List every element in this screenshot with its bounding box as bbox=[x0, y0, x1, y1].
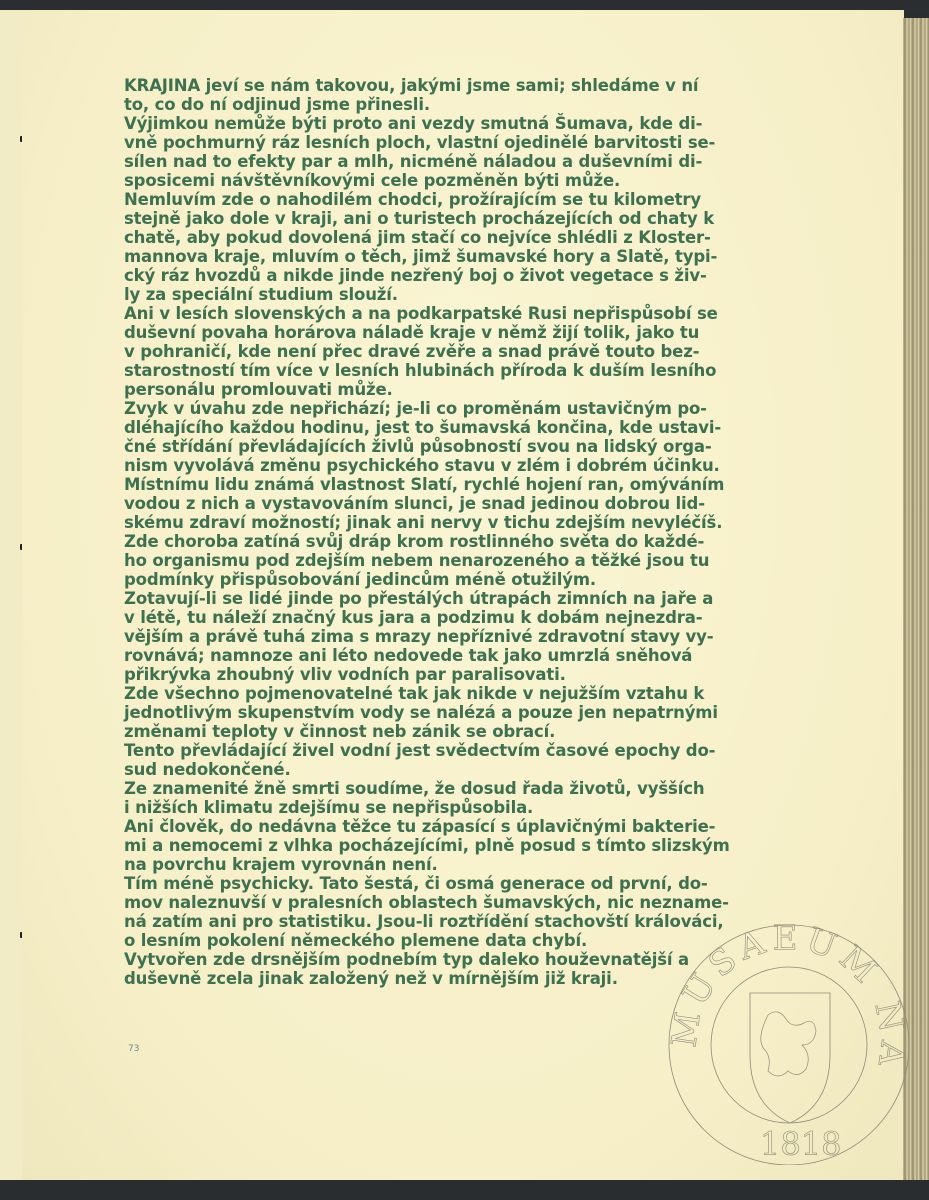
text-line: podmínky přispůsobování jedincům méně ot… bbox=[124, 570, 792, 589]
text-line: dléhajícího každou hodinu, jest to šumav… bbox=[124, 418, 792, 437]
text-line: čné střídání převládajících živlů působn… bbox=[124, 437, 792, 456]
text-line: Ani v lesích slovenských a na podkarpats… bbox=[124, 304, 792, 323]
text-line: na povrchu krajem vyrovnán není. bbox=[124, 855, 792, 874]
text-line: Zde všechno pojmenovatelné tak jak nikde… bbox=[124, 684, 792, 703]
text-line: i nižších klimatu zdejšímu se nepřispůso… bbox=[124, 798, 792, 817]
text-line: Zvyk v úvahu zde nepřichází; je-li co pr… bbox=[124, 399, 792, 418]
text-line: Ze znamenité žně smrti soudíme, že dosud… bbox=[124, 779, 792, 798]
svg-text:1818: 1818 bbox=[760, 1125, 841, 1163]
lion-shield-icon: MUSAEUM NATIONALE 1818 bbox=[658, 905, 918, 1165]
text-line: přikrývka zhoubný vliv vodních par paral… bbox=[124, 665, 792, 684]
text-line: vodou z nich a vystavováním slunci, je s… bbox=[124, 494, 792, 513]
text-line: ho organismu pod zdejším nebem nenarozen… bbox=[124, 551, 792, 570]
text-line: cký ráz hvozdů a nikde jinde nezřený boj… bbox=[124, 266, 792, 285]
text-line: sud nedokončené. bbox=[124, 760, 792, 779]
text-line: Zotavují-li se lidé jinde po přestálých … bbox=[124, 589, 792, 608]
text-line: vějším a právě tuhá zima s mrazy nepřízn… bbox=[124, 627, 792, 646]
text-line: duševní povaha horárova náladě kraje v n… bbox=[124, 323, 792, 342]
text-line: Místnímu lidu známá vlastnost Slatí, ryc… bbox=[124, 475, 792, 494]
text-line: v létě, tu náleží značný kus jara a podz… bbox=[124, 608, 792, 627]
text-line: Nemluvím zde o nahodilém chodci, prožíra… bbox=[124, 190, 792, 209]
text-line: to, co do ní odjinud jsme přinesli. bbox=[124, 95, 792, 114]
text-line: stejně jako dole v kraji, ani o turistec… bbox=[124, 209, 792, 228]
text-line: starostností tím více v lesních hlubinác… bbox=[124, 361, 792, 380]
text-line: Tento převládající živel vodní jest svěd… bbox=[124, 741, 792, 760]
page-number: 73 bbox=[128, 1044, 139, 1054]
text-line: personálu promlouvati může. bbox=[124, 380, 792, 399]
text-line: změnami teploty v činnost neb zánik se o… bbox=[124, 722, 792, 741]
body-text: KRAJINA jeví se nám takovou, jakými jsme… bbox=[124, 76, 792, 988]
text-line: KRAJINA jeví se nám takovou, jakými jsme… bbox=[124, 76, 792, 95]
text-line: skému zdraví možností; jinak ani nervy v… bbox=[124, 513, 792, 532]
text-line: vně pochmurný ráz lesních ploch, vlastní… bbox=[124, 133, 792, 152]
text-line: v pohraničí, kde není přec dravé zvěře a… bbox=[124, 342, 792, 361]
museum-stamp: MUSAEUM NATIONALE 1818 bbox=[658, 905, 918, 1165]
text-line: Tím méně psychicky. Tato šestá, či osmá … bbox=[124, 874, 792, 893]
text-line: chatě, aby pokud dovolená jim stačí co n… bbox=[124, 228, 792, 247]
text-line: mannova kraje, mluvím o těch, jimž šumav… bbox=[124, 247, 792, 266]
text-line: ly za speciální studium slouží. bbox=[124, 285, 792, 304]
text-line: sposicemi návštěvníkovými cele pozměněn … bbox=[124, 171, 792, 190]
text-line: jednotlivým skupenstvím vody se nalézá a… bbox=[124, 703, 792, 722]
text-line: Ani člověk, do nedávna těžce tu zápasící… bbox=[124, 817, 792, 836]
text-line: nism vyvolává změnu psychického stavu v … bbox=[124, 456, 792, 475]
facing-page-edge bbox=[0, 10, 23, 1182]
text-line: mi a nemocemi z vlhka pocházejícími, pln… bbox=[124, 836, 792, 855]
text-line: Zde choroba zatíná svůj dráp krom rostli… bbox=[124, 532, 792, 551]
text-line: rovnává; namnoze ani léto nedovede tak j… bbox=[124, 646, 792, 665]
text-line: sílen nad to efekty par a mlh, nicméně n… bbox=[124, 152, 792, 171]
text-line: Výjimkou nemůže býti proto ani vezdy smu… bbox=[124, 114, 792, 133]
scanner-background-bottom bbox=[0, 1180, 929, 1200]
svg-text:MUSAEUM NATIONALE: MUSAEUM NATIONALE bbox=[658, 905, 913, 1073]
